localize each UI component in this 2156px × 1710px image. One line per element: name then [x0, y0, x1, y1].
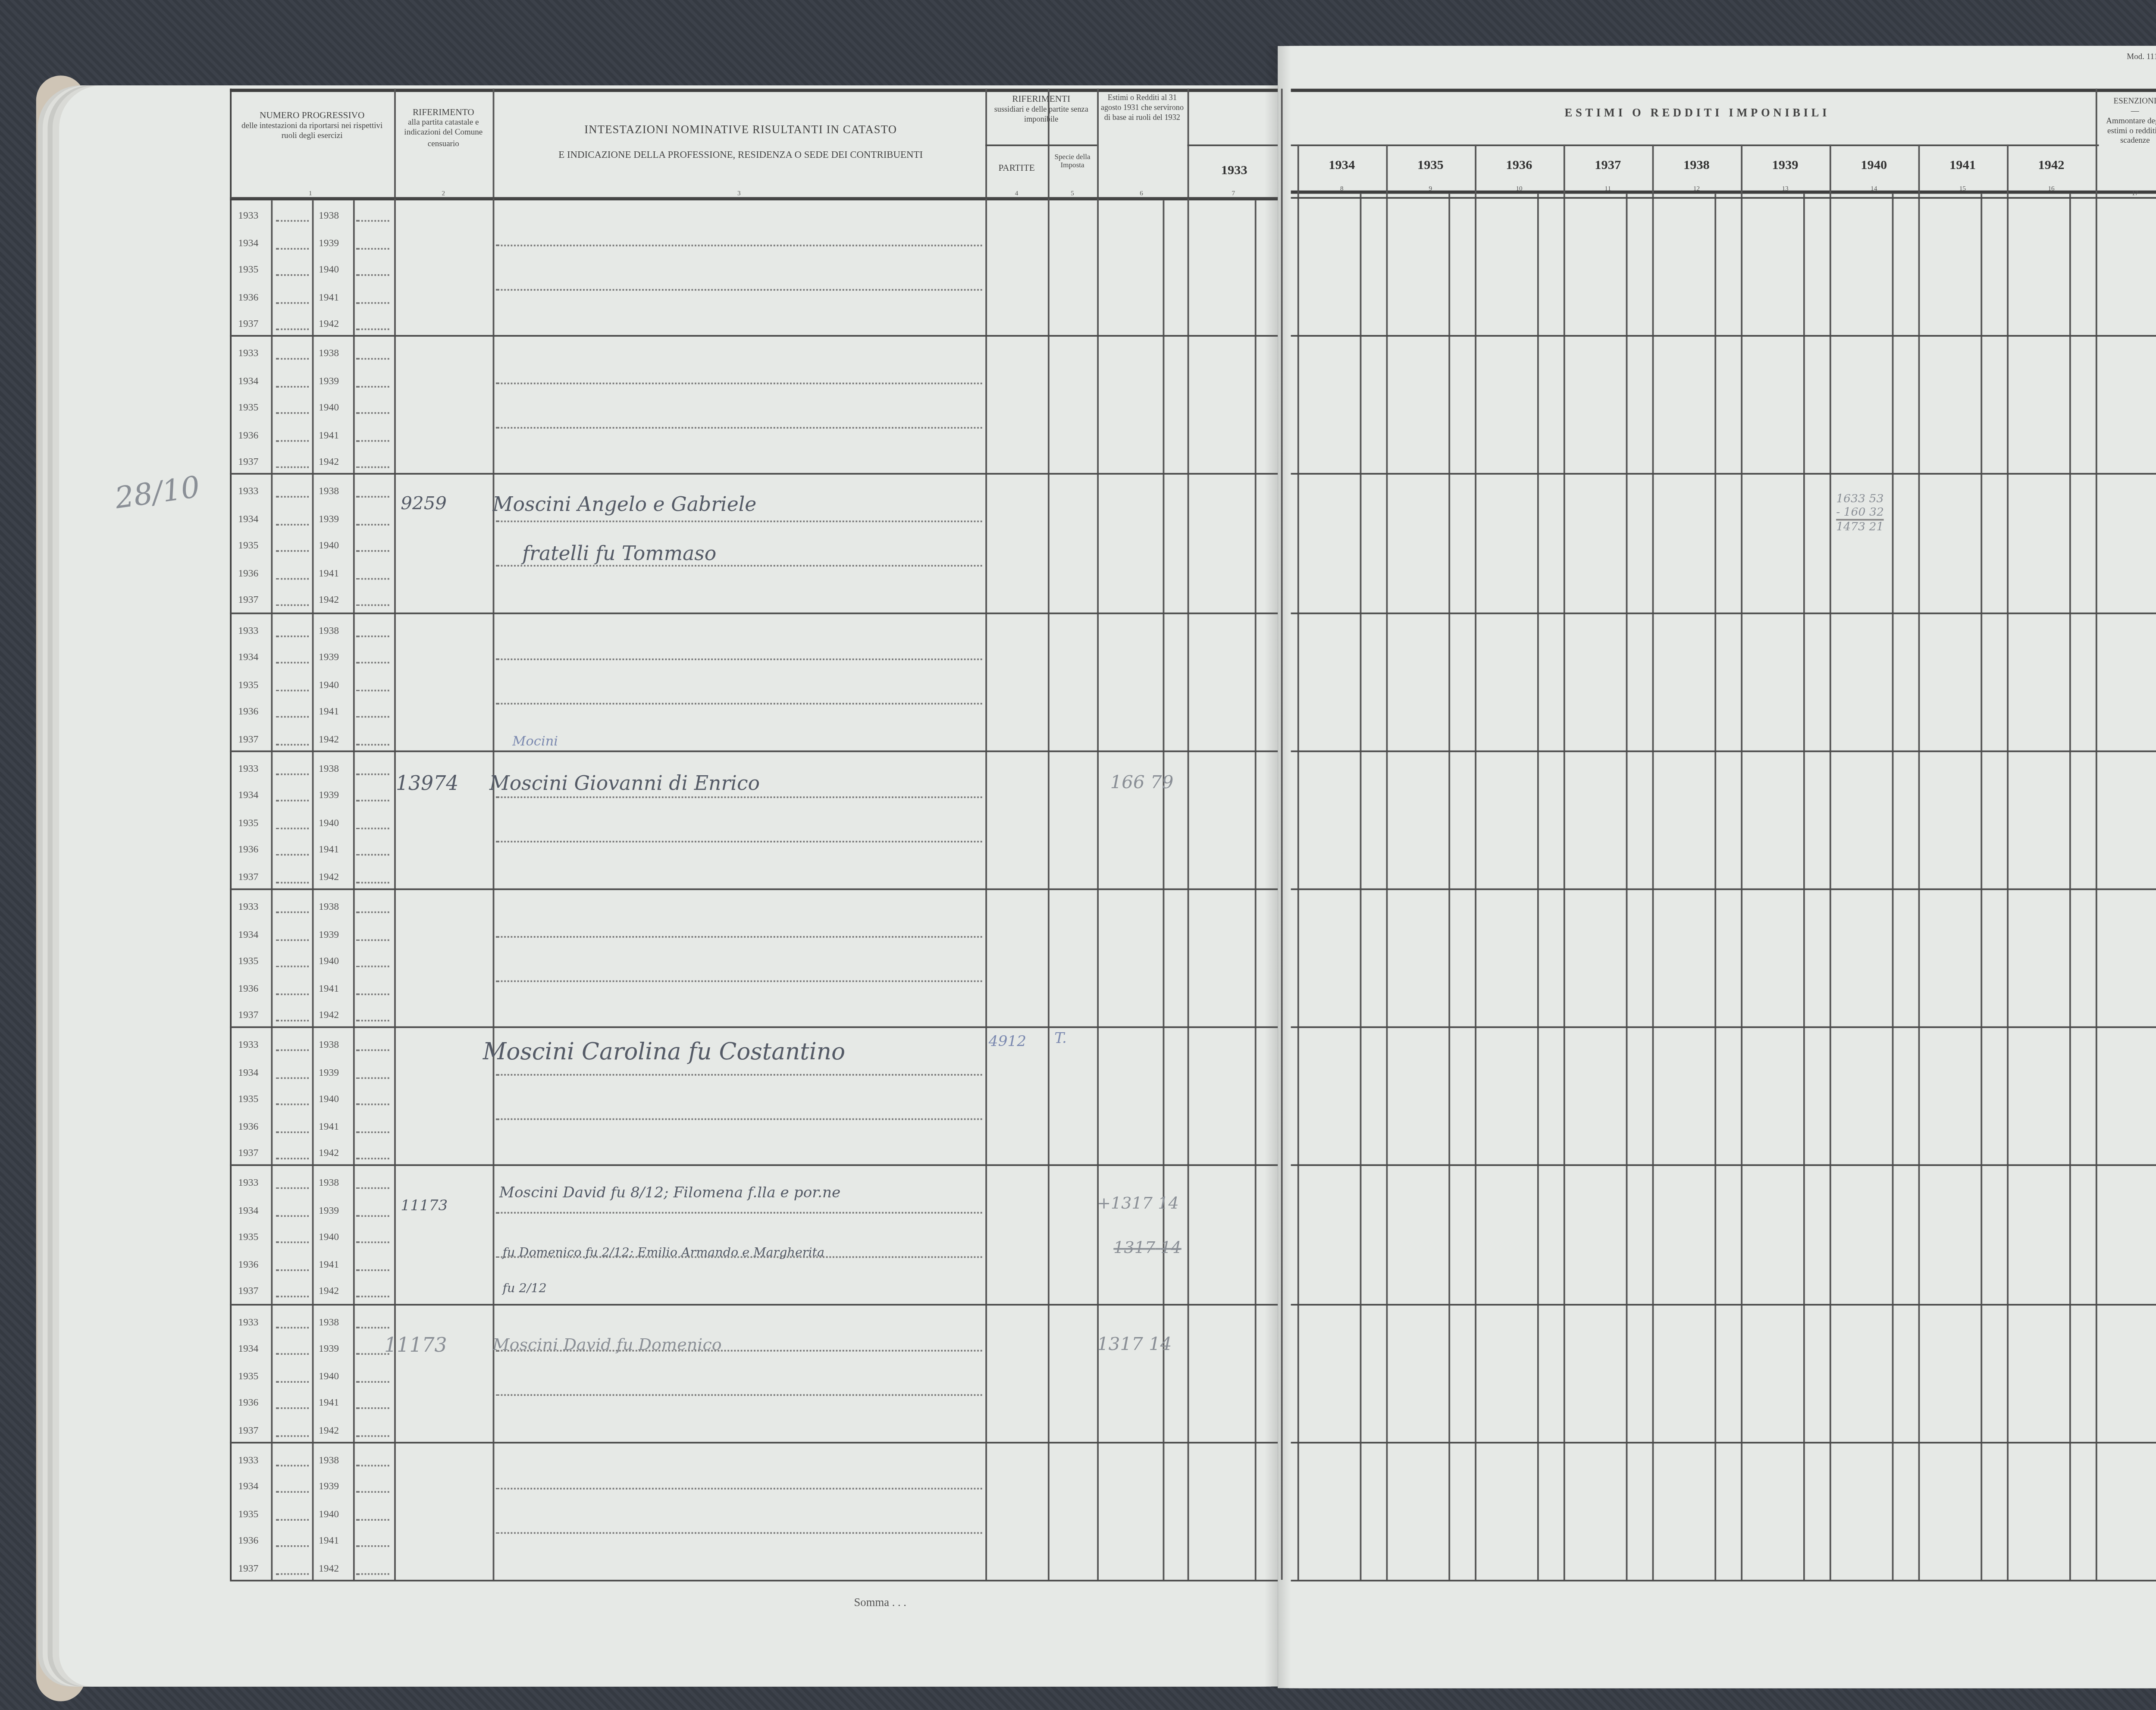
- year-label-left: 1937: [238, 1563, 258, 1575]
- cents-rule: [1803, 194, 1805, 1580]
- entry-5-ref: 13974: [396, 772, 458, 795]
- estimo-cents: 79: [1150, 772, 1173, 793]
- entry-dotted-line: [496, 288, 982, 290]
- year-label-right: 1939: [319, 1205, 339, 1217]
- year-label-right: 1939: [319, 1344, 339, 1355]
- dotted-line: [276, 1188, 309, 1190]
- block-rule: [1291, 1027, 2156, 1028]
- year-label-left: 1936: [238, 430, 258, 442]
- header-col4-num: 4: [1009, 189, 1025, 197]
- dotted-line: [276, 1215, 309, 1217]
- year-label-left: 1935: [238, 1094, 258, 1106]
- entry-8-name: Moscini David fu 8/12; Filomena f.lla e …: [499, 1186, 840, 1202]
- year-label-left: 1937: [238, 319, 258, 330]
- year-label-left: 1934: [238, 376, 258, 387]
- dotted-line: [276, 827, 309, 829]
- dotted-line: [356, 1104, 389, 1106]
- header-col-num: 11: [1600, 184, 1616, 192]
- year-label-left: 1935: [238, 1371, 258, 1382]
- dotted-line: [276, 855, 309, 856]
- block-rule: [1291, 473, 2156, 475]
- dotted-line: [356, 467, 389, 468]
- dotted-line: [356, 1215, 389, 1217]
- dotted-line: [356, 497, 389, 498]
- column-rule: [493, 89, 495, 1580]
- year-label-left: 1933: [238, 1178, 258, 1190]
- year-label-right: 1941: [319, 1398, 339, 1409]
- year-label-left: 1937: [238, 457, 258, 469]
- header-year-1942: 1942: [2007, 158, 2096, 172]
- entry-dotted-line: [496, 520, 982, 522]
- header-col-num: 12: [1688, 184, 1705, 192]
- dotted-line: [276, 1077, 309, 1078]
- dotted-line: [276, 1491, 309, 1493]
- year-label-left: 1935: [238, 541, 258, 553]
- dotted-line: [276, 1297, 309, 1298]
- sub-header-rule: [985, 144, 1097, 146]
- year-label-left: 1933: [238, 902, 258, 913]
- year-label-right: 1942: [319, 1563, 339, 1575]
- year-label-left: 1933: [238, 1316, 258, 1328]
- year-label-right: 1938: [319, 902, 339, 913]
- year-label-right: 1938: [319, 1455, 339, 1466]
- year-label-right: 1938: [319, 625, 339, 637]
- cents-rule: [1537, 194, 1539, 1580]
- year-label-right: 1940: [319, 1094, 339, 1106]
- entry-5-estimo: 166 79: [1110, 772, 1174, 793]
- entry-dotted-line: [496, 1488, 982, 1490]
- year-label-right: 1942: [319, 1148, 339, 1160]
- dotted-line: [276, 939, 309, 940]
- year-label-right: 1940: [319, 403, 339, 414]
- year-label-right: 1940: [319, 541, 339, 553]
- block-rule: [230, 1165, 1278, 1167]
- cents-rule: [1981, 194, 1982, 1580]
- year-label-left: 1934: [238, 929, 258, 940]
- dotted-line: [356, 1188, 389, 1190]
- dotted-line: [356, 1131, 389, 1133]
- dotted-line: [356, 1269, 389, 1271]
- year-label-left: 1934: [238, 1482, 258, 1494]
- dotted-line: [276, 966, 309, 968]
- dotted-line: [356, 1297, 389, 1298]
- entry-dotted-line: [496, 659, 982, 661]
- dotted-line: [276, 605, 309, 607]
- calc-result-cents: 21: [1869, 520, 1884, 533]
- header-col-num: 14: [1866, 184, 1882, 192]
- block-rule: [230, 889, 1278, 890]
- dotted-line: [356, 413, 389, 414]
- entry-7-name: Moscini Carolina fu Costantino: [483, 1040, 845, 1066]
- dotted-line: [276, 881, 309, 883]
- dotted-line: [276, 689, 309, 691]
- dotted-line: [276, 358, 309, 360]
- dotted-line: [276, 1573, 309, 1575]
- year-label-right: 1940: [319, 817, 339, 829]
- header-col3-sub: E INDICAZIONE DELLA PROFESSIONE, RESIDEN…: [496, 151, 985, 162]
- year-label-right: 1940: [319, 956, 339, 968]
- dotted-line: [356, 827, 389, 829]
- dotted-line: [276, 385, 309, 387]
- dotted-line: [356, 1049, 389, 1051]
- header-col2-title: RIFERIMENTO: [394, 108, 493, 119]
- header-col17-dash: —: [2096, 108, 2156, 118]
- year-label-right: 1941: [319, 568, 339, 579]
- estimo-cents: 14: [1160, 1240, 1181, 1258]
- column-rule: [1297, 144, 1299, 1580]
- year-label-right: 1940: [319, 1371, 339, 1382]
- year-label-right: 1938: [319, 210, 339, 222]
- year-label-right: 1942: [319, 595, 339, 607]
- year-label-left: 1933: [238, 487, 258, 498]
- entry-dotted-line: [496, 382, 982, 384]
- dotted-line: [356, 329, 389, 330]
- year-label-left: 1935: [238, 1232, 258, 1244]
- year-label-left: 1937: [238, 1148, 258, 1160]
- year-label-right: 1938: [319, 1316, 339, 1328]
- dotted-line: [356, 1546, 389, 1547]
- year-label-left: 1934: [238, 790, 258, 802]
- dotted-line: [276, 773, 309, 775]
- block-rule: [1291, 1303, 2156, 1305]
- table-left-border: [230, 89, 232, 1580]
- year-label-left: 1935: [238, 403, 258, 414]
- year-label-right: 1941: [319, 845, 339, 856]
- form-code: Mod. 111 - Imposte Dirette (Intercalare)…: [2127, 54, 2156, 63]
- dotted-line: [276, 1158, 309, 1160]
- dotted-line: [356, 993, 389, 994]
- year-label-right: 1938: [319, 487, 339, 498]
- dotted-line: [276, 911, 309, 913]
- year-label-right: 1941: [319, 291, 339, 303]
- header-year-1934: 1934: [1297, 158, 1386, 172]
- year-label-left: 1937: [238, 1425, 258, 1436]
- column-rule: [1048, 89, 1050, 1580]
- entry-dotted-line: [496, 1533, 982, 1535]
- year-label-right: 1939: [319, 1067, 339, 1078]
- years-header-rule: [1291, 144, 2099, 146]
- entry-dotted-line: [496, 426, 982, 428]
- cents-rule: [1626, 194, 1628, 1580]
- year-label-left: 1935: [238, 264, 258, 276]
- dotted-line: [356, 911, 389, 913]
- year-label-left: 1934: [238, 1344, 258, 1355]
- dotted-line: [356, 247, 389, 249]
- column-rule: [2096, 144, 2097, 1580]
- calc-line1: 1633: [1836, 493, 1865, 506]
- header-col3-title: INTESTAZIONI NOMINATIVE RISULTANTI IN CA…: [496, 125, 985, 135]
- dotted-line: [356, 773, 389, 775]
- dotted-line: [276, 635, 309, 636]
- year-label-left: 1933: [238, 348, 258, 360]
- year-label-left: 1934: [238, 1067, 258, 1078]
- year-label-right: 1942: [319, 457, 339, 469]
- dotted-line: [276, 1407, 309, 1409]
- year-label-right: 1939: [319, 514, 339, 526]
- year-label-right: 1938: [319, 1040, 339, 1052]
- header-col-num: 13: [1777, 184, 1793, 192]
- dotted-line: [276, 497, 309, 498]
- year-label-right: 1940: [319, 1509, 339, 1520]
- header-riferimenti-title: RIFERIMENTI: [985, 95, 1097, 106]
- entry-8-estimo: +1317 14: [1097, 1196, 1178, 1214]
- entry-7-specie: T.: [1054, 1031, 1067, 1048]
- column-rule: [1918, 144, 1920, 1580]
- dotted-line: [356, 605, 389, 607]
- header-col1-num: 1: [299, 189, 322, 197]
- dotted-line: [356, 716, 389, 718]
- header-col1: NUMERO PROGRESSIVO delle intestazioni da…: [233, 112, 391, 144]
- block-rule: [230, 1303, 1278, 1305]
- block-rule: [230, 1580, 1278, 1582]
- dotted-line: [276, 413, 309, 414]
- year-label-left: 1934: [238, 652, 258, 664]
- dotted-line: [276, 1020, 309, 1021]
- entry-5-name: Moscini Giovanni di Enrico: [489, 772, 760, 795]
- dotted-line: [276, 524, 309, 526]
- column-rule: [1652, 144, 1654, 1580]
- dotted-line: [356, 689, 389, 691]
- header-col17-num: 17: [2127, 189, 2143, 197]
- dotted-line: [276, 247, 309, 249]
- header-col17-sub: Ammontare degli estimi o redditi e scade…: [2096, 118, 2156, 148]
- dotted-line: [276, 1326, 309, 1328]
- estimo-value: +1317: [1097, 1196, 1153, 1214]
- column-rule: [2007, 144, 2009, 1580]
- year-label-right: 1938: [319, 763, 339, 775]
- dotted-line: [276, 993, 309, 994]
- year-label-left: 1936: [238, 568, 258, 579]
- year-label-left: 1935: [238, 679, 258, 691]
- dotted-line: [276, 1381, 309, 1382]
- cents-rule: [1714, 194, 1716, 1580]
- year-label-left: 1934: [238, 237, 258, 249]
- dotted-line: [276, 1049, 309, 1051]
- year-label-left: 1936: [238, 291, 258, 303]
- header-col-num: 9: [1422, 184, 1438, 192]
- year-label-left: 1936: [238, 983, 258, 995]
- year-label-left: 1933: [238, 1455, 258, 1466]
- entry-8-ref: 11173: [401, 1199, 448, 1215]
- somma-label: Somma . . .: [854, 1596, 906, 1609]
- header-col-num: 10: [1511, 184, 1527, 192]
- dotted-line: [276, 301, 309, 303]
- year-label-right: 1941: [319, 1536, 339, 1547]
- column-rule: [1188, 89, 1189, 1580]
- year-label-right: 1942: [319, 872, 339, 883]
- year-label-right: 1942: [319, 1425, 339, 1436]
- entry-dotted-line: [496, 244, 982, 246]
- block-rule: [230, 197, 1278, 199]
- year-label-left: 1933: [238, 625, 258, 637]
- entry-8-estimo-struck: 1317 14: [1113, 1240, 1181, 1258]
- dotted-line: [356, 385, 389, 387]
- cents-rule: [1892, 194, 1894, 1580]
- cents-rule: [1448, 194, 1450, 1580]
- header-col5-num: 5: [1064, 189, 1081, 197]
- header-col6-num: 6: [1133, 189, 1150, 197]
- column-rule: [1386, 144, 1388, 1580]
- entry-3-calc: 1633 53 - 160 32 1473 21: [1836, 493, 1884, 534]
- dotted-line: [356, 1020, 389, 1021]
- entry-dotted-line: [496, 1074, 982, 1075]
- dotted-line: [276, 467, 309, 468]
- header-col5-title: Specie della Imposta: [1048, 153, 1097, 169]
- dotted-line: [356, 1465, 389, 1466]
- block-rule: [1291, 335, 2156, 337]
- year-label-left: 1933: [238, 1040, 258, 1052]
- header-col2: RIFERIMENTO alla partita catastale e ind…: [394, 108, 493, 151]
- book-spread: Mod. 111 - Imposte Dirette (Intercalare)…: [0, 0, 2156, 1710]
- estimo-value: 1317: [1113, 1240, 1155, 1258]
- dotted-line: [276, 800, 309, 802]
- dotted-line: [356, 939, 389, 940]
- dotted-line: [356, 1491, 389, 1493]
- dotted-line: [276, 1242, 309, 1244]
- dotted-line: [276, 1269, 309, 1271]
- year-label-left: 1934: [238, 1205, 258, 1217]
- calc-line2: - 160: [1836, 506, 1865, 519]
- dotted-line: [356, 800, 389, 802]
- header-bottom-rule-right: [1291, 191, 2156, 194]
- column-rule: [1475, 144, 1476, 1580]
- header-riferimenti-sub: sussidiari e delle partite senza imponib…: [985, 106, 1097, 128]
- column-rule: [1564, 144, 1565, 1580]
- entry-dotted-line: [496, 1212, 982, 1214]
- dotted-line: [356, 662, 389, 664]
- year-label-left: 1935: [238, 956, 258, 968]
- dotted-line: [356, 1573, 389, 1575]
- entry-5-correction: Mocini: [512, 734, 558, 749]
- block-rule: [230, 612, 1278, 614]
- year-label-left: 1937: [238, 1010, 258, 1021]
- dotted-line: [356, 551, 389, 552]
- dotted-line: [276, 1546, 309, 1547]
- block-rule: [1291, 750, 2156, 752]
- year-label-left: 1936: [238, 706, 258, 718]
- dotted-line: [356, 1077, 389, 1078]
- year-label-right: 1938: [319, 1178, 339, 1190]
- entry-dotted-line: [496, 841, 982, 843]
- year-label-left: 1936: [238, 845, 258, 856]
- entry-3-name: Moscini Angelo e Gabriele: [493, 493, 757, 516]
- year-label-right: 1939: [319, 929, 339, 940]
- year-label-left: 1937: [238, 595, 258, 607]
- block-rule: [230, 1441, 1278, 1443]
- year-label-right: 1942: [319, 1287, 339, 1298]
- dotted-line: [276, 578, 309, 579]
- year-label-right: 1940: [319, 679, 339, 691]
- year-label-right: 1939: [319, 376, 339, 387]
- column-rule: [985, 89, 987, 1580]
- dotted-line: [356, 881, 389, 883]
- dotted-line: [356, 301, 389, 303]
- header-year-1933: 1933: [1188, 163, 1281, 177]
- header-col-num: 15: [1954, 184, 1971, 192]
- dotted-line: [356, 1519, 389, 1520]
- column-rule: [1830, 144, 1831, 1580]
- dotted-line: [356, 635, 389, 636]
- dotted-line: [276, 220, 309, 222]
- calc-line1-cents: 53: [1869, 493, 1884, 506]
- entry-dotted-line: [496, 1118, 982, 1120]
- year-label-right: 1941: [319, 706, 339, 718]
- cents-rule: [1360, 194, 1362, 1580]
- year-label-right: 1940: [319, 264, 339, 276]
- year-label-left: 1933: [238, 210, 258, 222]
- dotted-line: [276, 662, 309, 664]
- entry-dotted-line: [496, 703, 982, 705]
- dotted-line: [356, 274, 389, 276]
- entry-7-partite: 4912: [989, 1034, 1026, 1051]
- estimo-value: 1317: [1097, 1334, 1143, 1355]
- calc-result: 1473: [1836, 520, 1865, 533]
- year-label-right: 1942: [319, 1010, 339, 1021]
- header-year-1935: 1935: [1386, 158, 1475, 172]
- year-label-left: 1935: [238, 1509, 258, 1520]
- header-year-1938: 1938: [1652, 158, 1741, 172]
- dotted-line: [276, 329, 309, 330]
- header-year-1941: 1941: [1918, 158, 2007, 172]
- header-col-num: 16: [2043, 184, 2059, 192]
- entry-9-name: Moscini David fu Domenico: [493, 1337, 722, 1355]
- dotted-line: [276, 1104, 309, 1106]
- dotted-line: [276, 716, 309, 718]
- entry-dotted-line: [496, 980, 982, 981]
- block-rule: [230, 335, 1278, 337]
- header-col-num: 8: [1334, 184, 1350, 192]
- entry-8-name-line2: fu Domenico fu 2/12; Emilio Armando e Ma…: [502, 1245, 824, 1259]
- year-label-right: 1939: [319, 652, 339, 664]
- column-rule: [1281, 89, 1283, 1580]
- dotted-line: [356, 855, 389, 856]
- estimo-cents: 14: [1158, 1196, 1179, 1214]
- block-rule: [230, 473, 1278, 475]
- header-year-1936: 1936: [1475, 158, 1564, 172]
- dotted-line: [356, 1381, 389, 1382]
- header-year-1937: 1937: [1564, 158, 1652, 172]
- sub-header-rule: [1188, 144, 1278, 146]
- dotted-line: [356, 1407, 389, 1409]
- block-rule: [1291, 1580, 2156, 1582]
- year-label-right: 1942: [319, 319, 339, 330]
- year-label-right: 1940: [319, 1232, 339, 1244]
- estimo-cents: 14: [1149, 1334, 1172, 1355]
- year-label-left: 1935: [238, 817, 258, 829]
- dotted-line: [356, 524, 389, 526]
- header-col1-sub: delle intestazioni da riportarsi nei ris…: [233, 122, 391, 144]
- header-col17: ESENZIONI — Ammontare degli estimi o red…: [2096, 99, 2156, 148]
- dotted-line: [276, 440, 309, 442]
- year-label-right: 1942: [319, 733, 339, 745]
- year-label-left: 1933: [238, 763, 258, 775]
- dotted-line: [276, 274, 309, 276]
- header-col4-title: PARTITE: [985, 164, 1048, 175]
- block-rule: [1291, 889, 2156, 890]
- header-col2-num: 2: [435, 189, 451, 197]
- block-rule: [230, 750, 1278, 752]
- entry-dotted-line: [496, 565, 982, 567]
- calc-line2-cents: 32: [1869, 506, 1884, 519]
- table-top-rule-right: [1291, 89, 2156, 92]
- header-year-1940: 1940: [1830, 158, 1918, 172]
- entry-3-name-line2: fratelli fu Tommaso: [522, 542, 716, 565]
- dotted-line: [356, 1158, 389, 1160]
- dotted-line: [276, 1465, 309, 1466]
- header-year-1939: 1939: [1741, 158, 1830, 172]
- year-label-left: 1934: [238, 514, 258, 526]
- entry-9-estimo: 1317 14: [1097, 1334, 1172, 1355]
